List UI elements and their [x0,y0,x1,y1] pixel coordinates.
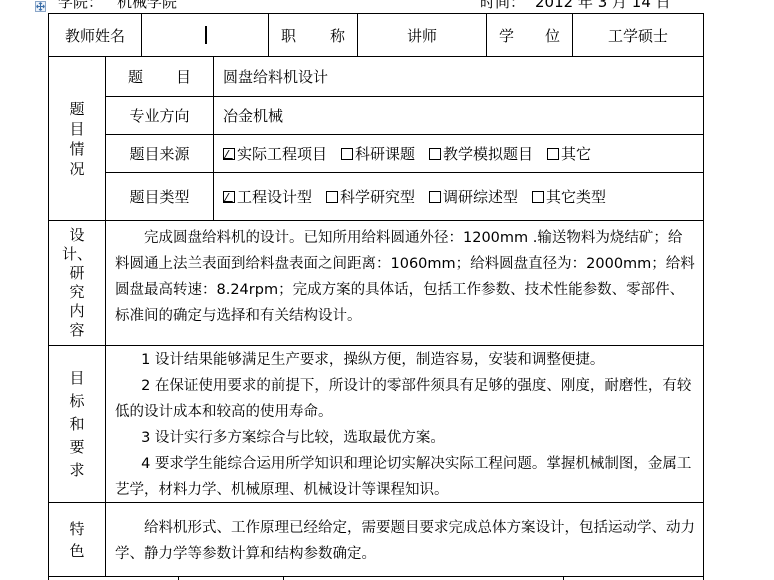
table-move-handle[interactable] [35,1,46,12]
label-char: 要 [69,436,84,459]
type-option-survey[interactable]: 调研综述型 [429,186,518,207]
topic-section-label: 题 目 情 况 [49,57,105,220]
label-char: 求 [69,459,84,482]
design-content[interactable]: 完成圆盘给料机的设计。已知所用给料圆通外径：1200mm .输送物料为烧结矿；给… [106,221,703,345]
topic-type-label: 题目类型 [106,173,213,220]
text-cursor [205,26,207,44]
label-char: 标 [69,390,84,413]
type-option-other[interactable]: 其它类型 [532,186,606,207]
topic-type-options: 工程设计型 科学研究型 调研综述型 其它类型 [214,173,703,220]
college-value: 机械学院 [117,0,177,11]
time-value: 2012 年 3 月 14 日 [535,0,671,11]
title-label-char: 职 [281,25,296,46]
topic-title-value[interactable]: 圆盘给料机设计 [214,57,703,96]
label-char: 题 [69,99,84,119]
features-content[interactable]: 给料机形式、工作原理已经给定，需要题目要求完成总体方案设计，包括运动学、动力学、… [106,503,703,576]
label-char: 设 [69,226,84,245]
source-option-research[interactable]: 科研课题 [341,143,415,164]
topic-source-label: 题目来源 [106,135,213,172]
checkbox-checked-icon[interactable] [223,148,235,160]
checkbox-empty-icon[interactable] [341,148,353,160]
design-section-label: 设 计、 研 究 内 容 [49,221,105,345]
title-label-char: 称 [330,25,345,46]
option-label: 教学模拟题目 [443,143,533,164]
checkbox-checked-icon[interactable] [223,191,235,203]
source-option-teaching[interactable]: 教学模拟题目 [429,143,533,164]
label-char: 研 [69,264,84,283]
label-char: 内 [69,302,84,321]
features-section-label: 特 色 [49,503,105,576]
title-value[interactable]: 讲师 [358,14,486,56]
checkbox-empty-icon[interactable] [326,191,338,203]
option-label: 科研课题 [355,143,415,164]
label-char: 特 [69,518,84,540]
major-direction-label: 专业方向 [106,97,213,134]
degree-label: 学 位 [487,14,572,56]
col-divider [178,576,179,580]
label-char: 情 [69,139,84,159]
time-label: 时间： [480,0,525,11]
degree-value[interactable]: 工学硕士 [573,14,703,56]
goal-item: 3 设计实行多方案综合与比较，选取最优方案。 [115,425,695,451]
time-line: 时间：2012 年 3 月 14 日 [480,0,671,9]
move-arrows-icon [36,2,45,11]
checkbox-empty-icon[interactable] [429,148,441,160]
label-char: 况 [69,159,84,179]
source-option-other[interactable]: 其它 [547,143,591,164]
label-char: 和 [69,413,84,436]
option-label: 工程设计型 [237,186,312,207]
option-label: 调研综述型 [443,186,518,207]
col-divider [563,576,564,580]
label-char: 题 [128,66,143,87]
label-char: 容 [69,321,84,340]
label-char: 目 [176,66,191,87]
label-char: 计、 [62,245,92,264]
goal-item: 2 在保证使用要求的前提下，所设计的零部件须具有足够的强度、刚度，耐磨性，有较低… [115,373,695,425]
label-char: 目 [69,119,84,139]
goals-section-label: 目 标 和 要 求 [49,346,105,502]
option-label: 实际工程项目 [237,143,327,164]
topic-title-label: 题 目 [106,57,213,96]
checkbox-empty-icon[interactable] [429,191,441,203]
source-option-engineering[interactable]: 实际工程项目 [223,143,327,164]
label-char: 究 [69,283,84,302]
option-label: 其它 [561,143,591,164]
college-line: 学院：机械学院 [58,0,177,9]
degree-label-char: 学 [499,25,514,46]
label-char: 目 [69,367,84,390]
topic-source-options: 实际工程项目 科研课题 教学模拟题目 其它 [214,135,703,172]
option-label: 其它类型 [546,186,606,207]
type-option-engineering-design[interactable]: 工程设计型 [223,186,312,207]
goal-item: 4 要求学生能综合运用所学知识和理论切实解决实际工程问题。掌握机械制图，金属工艺… [115,451,695,503]
major-direction-value[interactable]: 冶金机械 [214,97,703,134]
goal-item: 1 设计结果能够满足生产要求，操纵方便，制造容易，安装和调整便捷。 [115,347,695,373]
checkbox-empty-icon[interactable] [547,148,559,160]
type-option-scientific-research[interactable]: 科学研究型 [326,186,415,207]
label-char: 色 [69,540,84,562]
teacher-name-label: 教师姓名 [49,14,141,56]
degree-label-char: 位 [545,25,560,46]
goals-content[interactable]: 1 设计结果能够满足生产要求，操纵方便，制造容易，安装和调整便捷。 2 在保证使… [106,346,703,502]
col-divider [283,576,284,580]
college-label: 学院： [58,0,103,11]
design-content-text: 完成圆盘给料机的设计。已知所用给料圆通外径：1200mm .输送物料为烧结矿；给… [115,225,695,329]
table-border-right [703,13,704,580]
checkbox-empty-icon[interactable] [532,191,544,203]
features-content-text: 给料机形式、工作原理已经给定，需要题目要求完成总体方案设计，包括运动学、动力学、… [115,515,695,567]
title-label: 职 称 [269,14,357,56]
option-label: 科学研究型 [340,186,415,207]
row-divider [48,576,704,577]
